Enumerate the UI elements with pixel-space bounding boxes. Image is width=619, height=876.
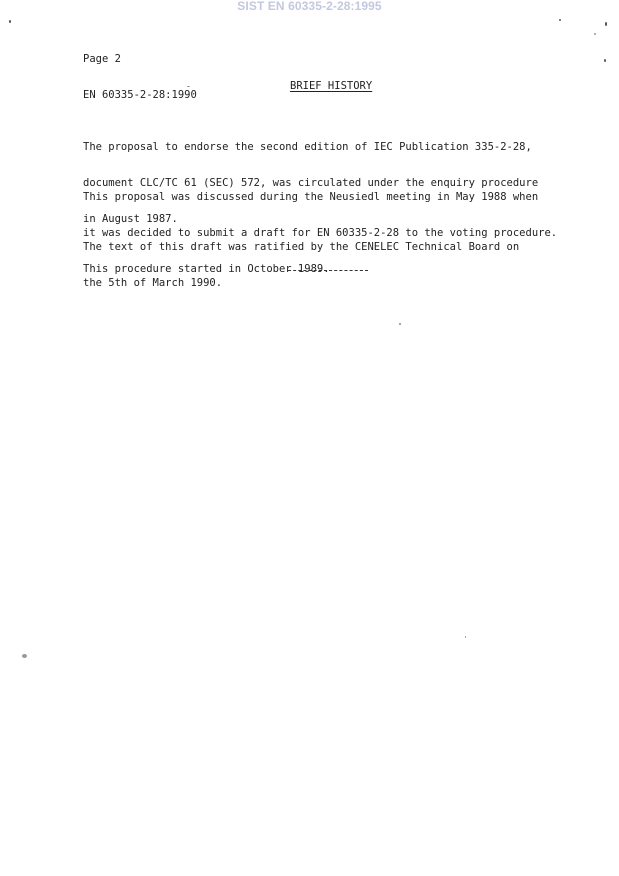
scan-speck (559, 19, 561, 21)
paragraph-line: The text of this draft was ratified by t… (83, 241, 519, 253)
scan-speck (594, 33, 596, 35)
scan-speck (604, 59, 606, 62)
scan-speck (22, 654, 27, 658)
end-of-section-rule (288, 270, 368, 271)
paragraph-ratification: The text of this draft was ratified by t… (83, 217, 519, 301)
standard-reference: EN 60335-2-28:1990 (83, 89, 197, 101)
scan-speck (399, 323, 401, 325)
watermark-standard-id: SIST EN 60335-2-28:1995 (0, 0, 619, 13)
page-number: Page 2 (83, 53, 197, 65)
paragraph-line: the 5th of March 1990. (83, 277, 519, 289)
paragraph-line: This proposal was discussed during the N… (83, 191, 557, 203)
scan-speck (605, 22, 607, 26)
paragraph-line: The proposal to endorse the second editi… (83, 141, 538, 153)
scan-speck (9, 20, 11, 23)
section-title: BRIEF HISTORY (290, 80, 372, 92)
scan-speck (465, 636, 466, 638)
page-header: Page 2 EN 60335-2-28:1990 (83, 29, 197, 113)
scan-speck (187, 86, 190, 87)
